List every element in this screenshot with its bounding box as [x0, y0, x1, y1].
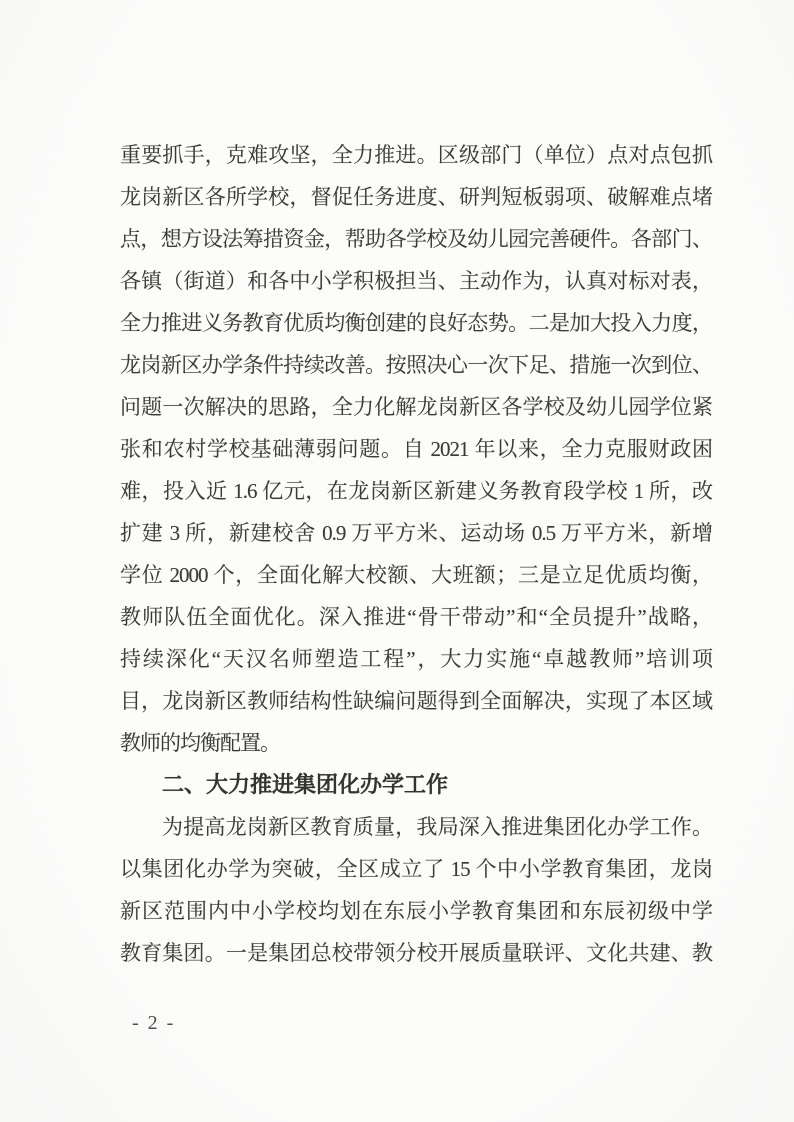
text-body: 重要抓手，克难攻坚，全力推进。区级部门（单位）点对点包抓 龙岗新区各所学校，督促…	[120, 134, 712, 974]
section-heading: 二、大力推进集团化办学工作	[120, 764, 712, 806]
paragraph-line: 全力推进义务教育优质均衡创建的良好态势。二是加大投入力度，	[120, 302, 712, 344]
paragraph-line: 为提高龙岗新区教育质量，我局深入推进集团化办学工作。	[120, 806, 712, 848]
paragraph-line: 以集团化办学为突破，全区成立了 15 个中小学教育集团，龙岗	[120, 848, 712, 890]
paragraph-line: 教师的均衡配置。	[120, 722, 712, 764]
paragraph-line: 新区范围内中小学校均划在东辰小学教育集团和东辰初级中学	[120, 890, 712, 932]
paragraph-line: 重要抓手，克难攻坚，全力推进。区级部门（单位）点对点包抓	[120, 134, 712, 176]
paragraph-line: 难，投入近 1.6 亿元，在龙岗新区新建义务教育段学校 1 所，改	[120, 470, 712, 512]
paragraph-line: 教师队伍全面优化。深入推进“骨干带动”和“全员提升”战略，	[120, 596, 712, 638]
paragraph-line: 持续深化“天汉名师塑造工程”，大力实施“卓越教师”培训项	[120, 638, 712, 680]
paragraph-line: 问题一次解决的思路，全力化解龙岗新区各学校及幼儿园学位紧	[120, 386, 712, 428]
paragraph-line: 龙岗新区办学条件持续改善。按照决心一次下足、措施一次到位、	[120, 344, 712, 386]
paragraph-line: 扩建 3 所，新建校舍 0.9 万平方米、运动场 0.5 万平方米，新增	[120, 512, 712, 554]
page-number: - 2 -	[132, 1012, 175, 1035]
paragraph-line: 点，想方设法筹措资金，帮助各学校及幼儿园完善硬件。各部门、	[120, 218, 712, 260]
paragraph-line: 龙岗新区各所学校，督促任务进度、研判短板弱项、破解难点堵	[120, 176, 712, 218]
paragraph-line: 学位 2000 个，全面化解大校额、大班额；三是立足优质均衡，	[120, 554, 712, 596]
paragraph-line: 各镇（街道）和各中小学积极担当、主动作为，认真对标对表，	[120, 260, 712, 302]
paragraph-line: 张和农村学校基础薄弱问题。自 2021 年以来，全力克服财政困	[120, 428, 712, 470]
document-page: 重要抓手，克难攻坚，全力推进。区级部门（单位）点对点包抓 龙岗新区各所学校，督促…	[0, 0, 794, 1122]
paragraph-line: 教育集团。一是集团总校带领分校开展质量联评、文化共建、教	[120, 932, 712, 974]
paragraph-line: 目，龙岗新区教师结构性缺编问题得到全面解决，实现了本区域	[120, 680, 712, 722]
